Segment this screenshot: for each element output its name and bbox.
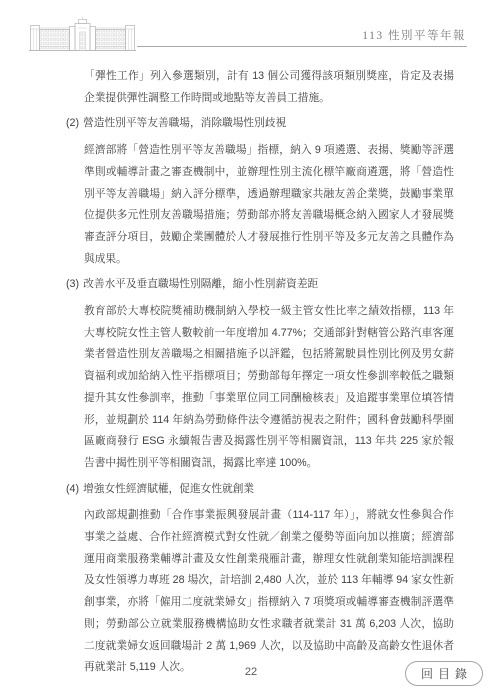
section-heading-text: 增強女性經濟賦權，促進女性就創業 bbox=[83, 483, 254, 495]
section-4: (4)增強女性經濟賦權，促進女性就創業 內政部規劃推動「合作事業振興發展計畫（1… bbox=[66, 479, 454, 679]
report-page: 113 性別平等年報 「彈性工作」列入參選類別，計有 13 個公司獲得該項類別獎… bbox=[0, 0, 502, 700]
header-divider bbox=[137, 46, 467, 47]
section-paragraph: 內政部規劃推動「合作事業振興發展計畫（114-117 年）」，將就女性參與合作事… bbox=[84, 505, 454, 679]
section-paragraph: 經濟部將「營造性別平等友善職場」指標，納入 9 項遴選、表揚、獎勵等評選準則或輔… bbox=[84, 140, 454, 270]
section-heading: (4)增強女性經濟賦權，促進女性就創業 bbox=[66, 479, 454, 501]
section-number: (4) bbox=[66, 483, 79, 495]
government-building-icon bbox=[29, 16, 136, 58]
section-paragraph: 教育部於大專校院獎補助機制納入學校一級主管女性比率之績效指標，113 年大專校院… bbox=[84, 301, 454, 475]
section-heading-text: 改善水平及垂直職場性別隔離，縮小性別薪資差距 bbox=[83, 278, 318, 290]
section-3: (3)改善水平及垂直職場性別隔離，縮小性別薪資差距 教育部於大專校院獎補助機制納… bbox=[66, 274, 454, 474]
report-title: 113 性別平等年報 bbox=[362, 27, 466, 43]
back-to-toc-button[interactable]: 回目錄 bbox=[405, 661, 483, 686]
section-number: (2) bbox=[66, 117, 79, 129]
section-heading-text: 營造性別平等友善職場，消除職場性別歧視 bbox=[83, 117, 286, 129]
section-2: (2)營造性別平等友善職場，消除職場性別歧視 經濟部將「營造性別平等友善職場」指… bbox=[66, 113, 454, 270]
section-heading: (3)改善水平及垂直職場性別隔離，縮小性別薪資差距 bbox=[66, 274, 454, 296]
intro-paragraph: 「彈性工作」列入參選類別，計有 13 個公司獲得該項類別獎座，肯定及表揚企業提供… bbox=[84, 66, 454, 109]
section-number: (3) bbox=[66, 278, 79, 290]
back-to-toc-label: 回目錄 bbox=[421, 665, 472, 682]
section-heading: (2)營造性別平等友善職場，消除職場性別歧視 bbox=[66, 113, 454, 135]
page-content: 「彈性工作」列入參選類別，計有 13 個公司獲得該項類別獎座，肯定及表揚企業提供… bbox=[66, 66, 454, 679]
